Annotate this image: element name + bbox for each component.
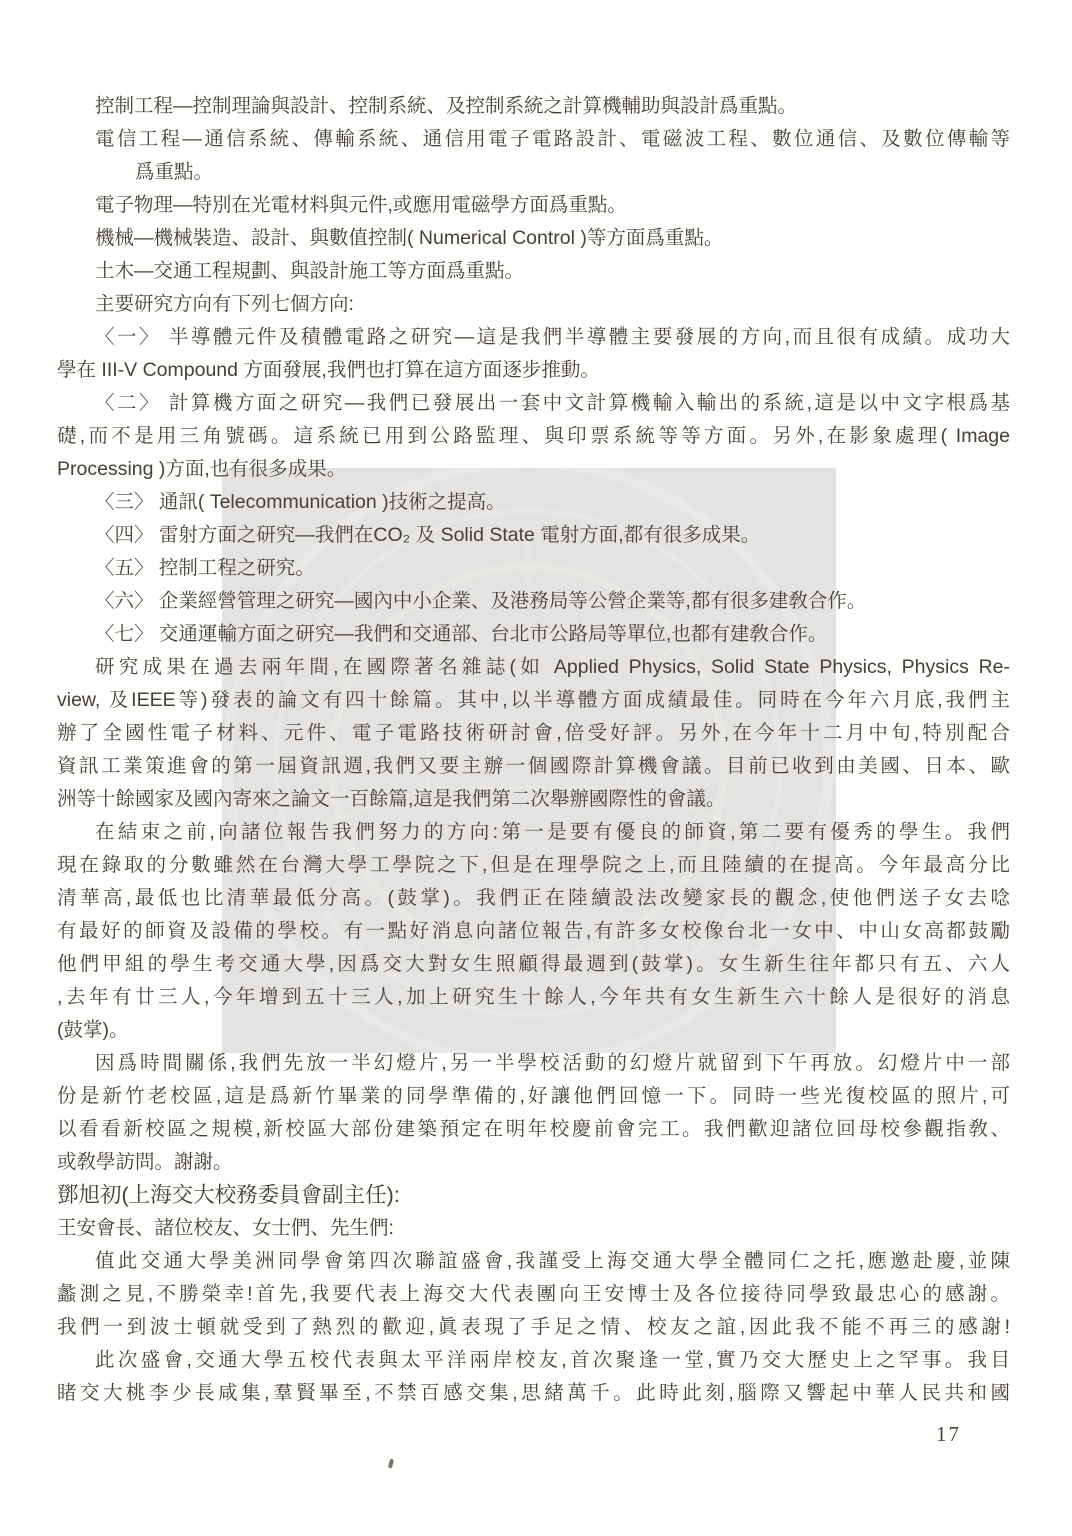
text-line: 學在 III-V Compound 方面發展,我們也打算在這方面逐步推動。 (57, 354, 1010, 387)
text-line: 〈五〉 控制工程之研究。 (57, 552, 1010, 585)
page-number: 17 (936, 1422, 961, 1447)
scan-artifact-mark (388, 1459, 394, 1469)
document-text-block: 控制工程—控制理論與設計、控制系統、及控制系統之計算機輔助與設計爲重點。電信工程… (57, 90, 1010, 1410)
text-line: view, 及IEEE等)發表的論文有四十餘篇。其中,以半導體方面成績最佳。同時… (57, 684, 1010, 717)
text-line: 在結束之前,向諸位報告我們努力的方向:第一是要有優良的師資,第二要有優秀的學生。… (57, 816, 1010, 849)
text-line: 爲重點。 (57, 156, 1010, 189)
text-line: 機械—機械裝造、設計、與數值控制( Numerical Control )等方面… (57, 222, 1010, 255)
text-line: 礎,而不是用三角號碼。這系統已用到公路監理、與印票系統等等方面。另外,在影象處理… (57, 420, 1010, 453)
text-line: 他們甲組的學生考交通大學,因爲交大對女生照顧得最週到(鼓掌)。女生新生往年都只有… (57, 948, 1010, 981)
text-line: 〈三〉 通訊( Telecommunication )技術之提高。 (57, 486, 1010, 519)
text-line: 份是新竹老校區,這是爲新竹畢業的同學準備的,好讓他們回憶一下。同時一些光復校區的… (57, 1080, 1010, 1113)
text-line: 以看看新校區之規模,新校區大部份建築預定在明年校慶前會完工。我們歡迎諸位回母校參… (57, 1113, 1010, 1146)
text-line: 〈二〉 計算機方面之研究—我們已發展出一套中文計算機輸入輸出的系統,這是以中文字… (57, 387, 1010, 420)
text-line: 電信工程—通信系統、傳輸系統、通信用電子電路設計、電磁波工程、數位通信、及數位傳… (57, 123, 1010, 156)
text-line: ,去年有廿三人,今年增到五十三人,加上研究生十餘人,今年共有女生新生六十餘人是很… (57, 981, 1010, 1014)
text-line: 值此交通大學美洲同學會第四次聯誼盛會,我謹受上海交通大學全體同仁之托,應邀赴慶,… (57, 1245, 1010, 1278)
text-line: 鄧旭初(上海交大校務委員會副主任): (57, 1179, 1010, 1212)
text-line: 或敎學訪問。謝謝。 (57, 1146, 1010, 1179)
text-line: 清華高,最低也比清華最低分高。(鼓掌)。我們正在陸續設法改變家長的觀念,使他們送… (57, 882, 1010, 915)
text-line: 資訊工業策進會的第一屆資訊週,我們又要主辦一個國際計算機會議。目前已收到由美國、… (57, 750, 1010, 783)
text-line: 〈一〉 半導體元件及積體電路之研究—這是我們半導體主要發展的方向,而且很有成績。… (57, 321, 1010, 354)
text-line: 〈六〉 企業經營管理之研究—國內中小企業、及港務局等公營企業等,都有很多建敎合作… (57, 585, 1010, 618)
text-line: 洲等十餘國家及國內寄來之論文一百餘篇,這是我們第二次舉辦國際性的會議。 (57, 783, 1010, 816)
text-line: (鼓掌)。 (57, 1014, 1010, 1047)
text-line: 控制工程—控制理論與設計、控制系統、及控制系統之計算機輔助與設計爲重點。 (57, 90, 1010, 123)
text-line: 此次盛會,交通大學五校代表與太平洋兩岸校友,首次聚逢一堂,實乃交大歷史上之罕事。… (57, 1344, 1010, 1377)
text-line: 電子物理—特別在光電材料與元件,或應用電磁學方面爲重點。 (57, 189, 1010, 222)
text-line: 睹交大桃李少長咸集,羣賢畢至,不禁百感交集,思緒萬千。此時此刻,腦際又響起中華人… (57, 1377, 1010, 1410)
text-line: 辦了全國性電子材料、元件、電子電路技術研討會,倍受好評。另外,在今年十二月中旬,… (57, 717, 1010, 750)
text-line: 〈七〉 交通運輸方面之研究—我們和交通部、台北市公路局等單位,也都有建敎合作。 (57, 618, 1010, 651)
text-line: 王安會長、諸位校友、女士們、先生們: (57, 1212, 1010, 1245)
text-line: Processing )方面,也有很多成果。 (57, 453, 1010, 486)
text-line: 因爲時間關係,我們先放一半幻燈片,另一半學校活動的幻燈片就留到下午再放。幻燈片中… (57, 1047, 1010, 1080)
text-line: 主要研究方向有下列七個方向: (57, 288, 1010, 321)
text-line: 研究成果在過去兩年間,在國際著名雜誌(如 Applied Physics, So… (57, 651, 1010, 684)
text-line: 〈四〉 雷射方面之研究—我們在CO₂ 及 Solid State 電射方面,都有… (57, 519, 1010, 552)
scanned-document-page: 控制工程—控制理論與設計、控制系統、及控制系統之計算機輔助與設計爲重點。電信工程… (0, 0, 1072, 1536)
text-line: 土木—交通工程規劃、與設計施工等方面爲重點。 (57, 255, 1010, 288)
text-line: 有最好的師資及設備的學校。有一點好消息向諸位報告,有許多女校像台北一女中、中山女… (57, 915, 1010, 948)
text-line: 我們一到波士頓就受到了熱烈的歡迎,眞表現了手足之情、校友之誼,因此我不能不再三的… (57, 1311, 1010, 1344)
text-line: 現在錄取的分數雖然在台灣大學工學院之下,但是在理學院之上,而且陸續的在提高。今年… (57, 849, 1010, 882)
text-line: 蠡測之見,不勝榮幸!首先,我要代表上海交大代表團向王安博士及各位接待同學致最忠心… (57, 1278, 1010, 1311)
